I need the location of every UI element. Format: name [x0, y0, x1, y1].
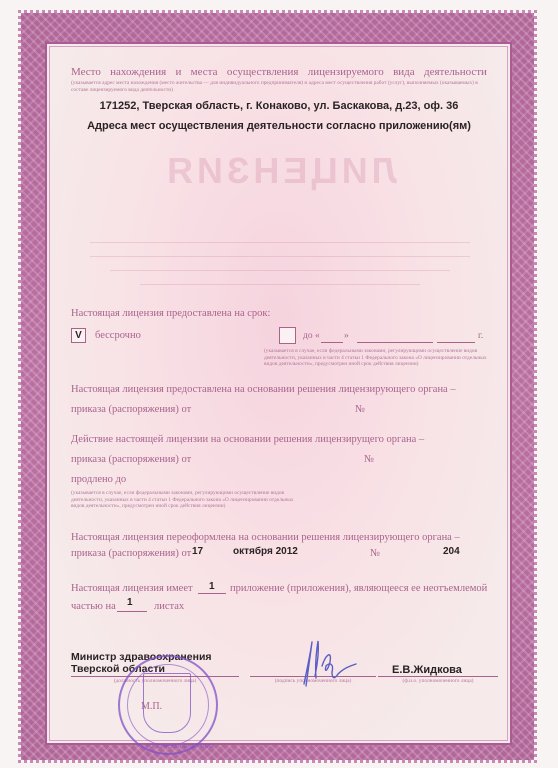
word: нахождения: [110, 66, 166, 78]
until-checkbox[interactable]: [279, 327, 296, 344]
word: и: [175, 66, 181, 78]
extended-until-label: продлено до: [71, 474, 126, 485]
reissued-number: 204: [443, 546, 460, 557]
reissued-day: 17: [192, 546, 203, 557]
word: вида: [393, 66, 415, 78]
granted-heading: Настоящая лицензия предоставлена на осно…: [71, 384, 456, 395]
word: Место: [71, 66, 101, 78]
indefinite-checkbox[interactable]: V: [71, 328, 86, 343]
ghost-line: [140, 284, 420, 285]
word: места: [191, 66, 218, 78]
until-year-field[interactable]: [437, 342, 475, 343]
reissued-number-label: №: [370, 548, 380, 559]
appendices-count-line: [198, 593, 226, 594]
word: осуществления: [227, 66, 299, 78]
ghost-line: [90, 256, 470, 257]
extended-heading: Действие настоящей лицензии на основании…: [71, 434, 424, 445]
word: деятельности: [424, 66, 487, 78]
appendices-text-after: приложение (приложения), являющееся ее н…: [230, 583, 487, 594]
until-quote-close: »: [344, 331, 349, 341]
official-name: Е.В.Жидкова: [392, 664, 462, 676]
until-hint: (указывается в случае, если федеральными…: [264, 348, 500, 368]
granted-order-label: приказа (распоряжения) от: [71, 404, 191, 415]
ghost-reverse-title: ЛИЦЕНЗИЯ: [160, 150, 400, 192]
sheets-before: частью на: [71, 601, 116, 612]
until-year-suffix: г.: [478, 331, 483, 341]
sheets-count: 1: [127, 597, 133, 608]
indefinite-label: бессрочно: [95, 330, 141, 341]
name-hint: (ф.и.о. уполномоченного лица): [378, 678, 498, 685]
reissued-order-label: приказа (распоряжения) от: [71, 548, 191, 559]
extended-order-label: приказа (распоряжения) от: [71, 454, 191, 465]
until-label: до «: [303, 331, 320, 341]
reissued-heading: Настоящая лицензия переоформлена на осно…: [71, 532, 460, 543]
location-heading: Место нахождения и места осуществления л…: [71, 66, 487, 78]
granted-number-label: №: [355, 404, 365, 415]
term-heading: Настоящая лицензия предоставлена на срок…: [71, 308, 270, 319]
location-hint: (указывается адрес места нахождения (мес…: [71, 80, 491, 93]
addresses-note: Адреса мест осуществления деятельности с…: [0, 120, 558, 132]
stamp-text-bottom: РОССИЙСКАЯ ФЕДЕРАЦИЯ: [146, 744, 213, 750]
word: лицензируемого: [308, 66, 384, 78]
ghost-line: [90, 242, 470, 243]
sheets-count-line: [117, 611, 147, 612]
appendices-count: 1: [209, 581, 215, 592]
name-line: [378, 676, 498, 677]
until-day-field[interactable]: [321, 342, 343, 343]
license-address: 171252, Тверская область, г. Конаково, у…: [0, 100, 558, 112]
until-month-field[interactable]: [357, 342, 433, 343]
ghost-line: [110, 270, 450, 271]
appendices-text-before: Настоящая лицензия имеет: [71, 583, 193, 594]
reissued-month-year: октября 2012: [233, 546, 298, 557]
extended-hint: (указывается в случае, если федеральными…: [71, 490, 296, 510]
signature-mark: [288, 636, 368, 691]
extended-number-label: №: [364, 454, 374, 465]
stamp-mark-label: М.П.: [141, 701, 162, 712]
sheets-after: листах: [154, 601, 184, 612]
